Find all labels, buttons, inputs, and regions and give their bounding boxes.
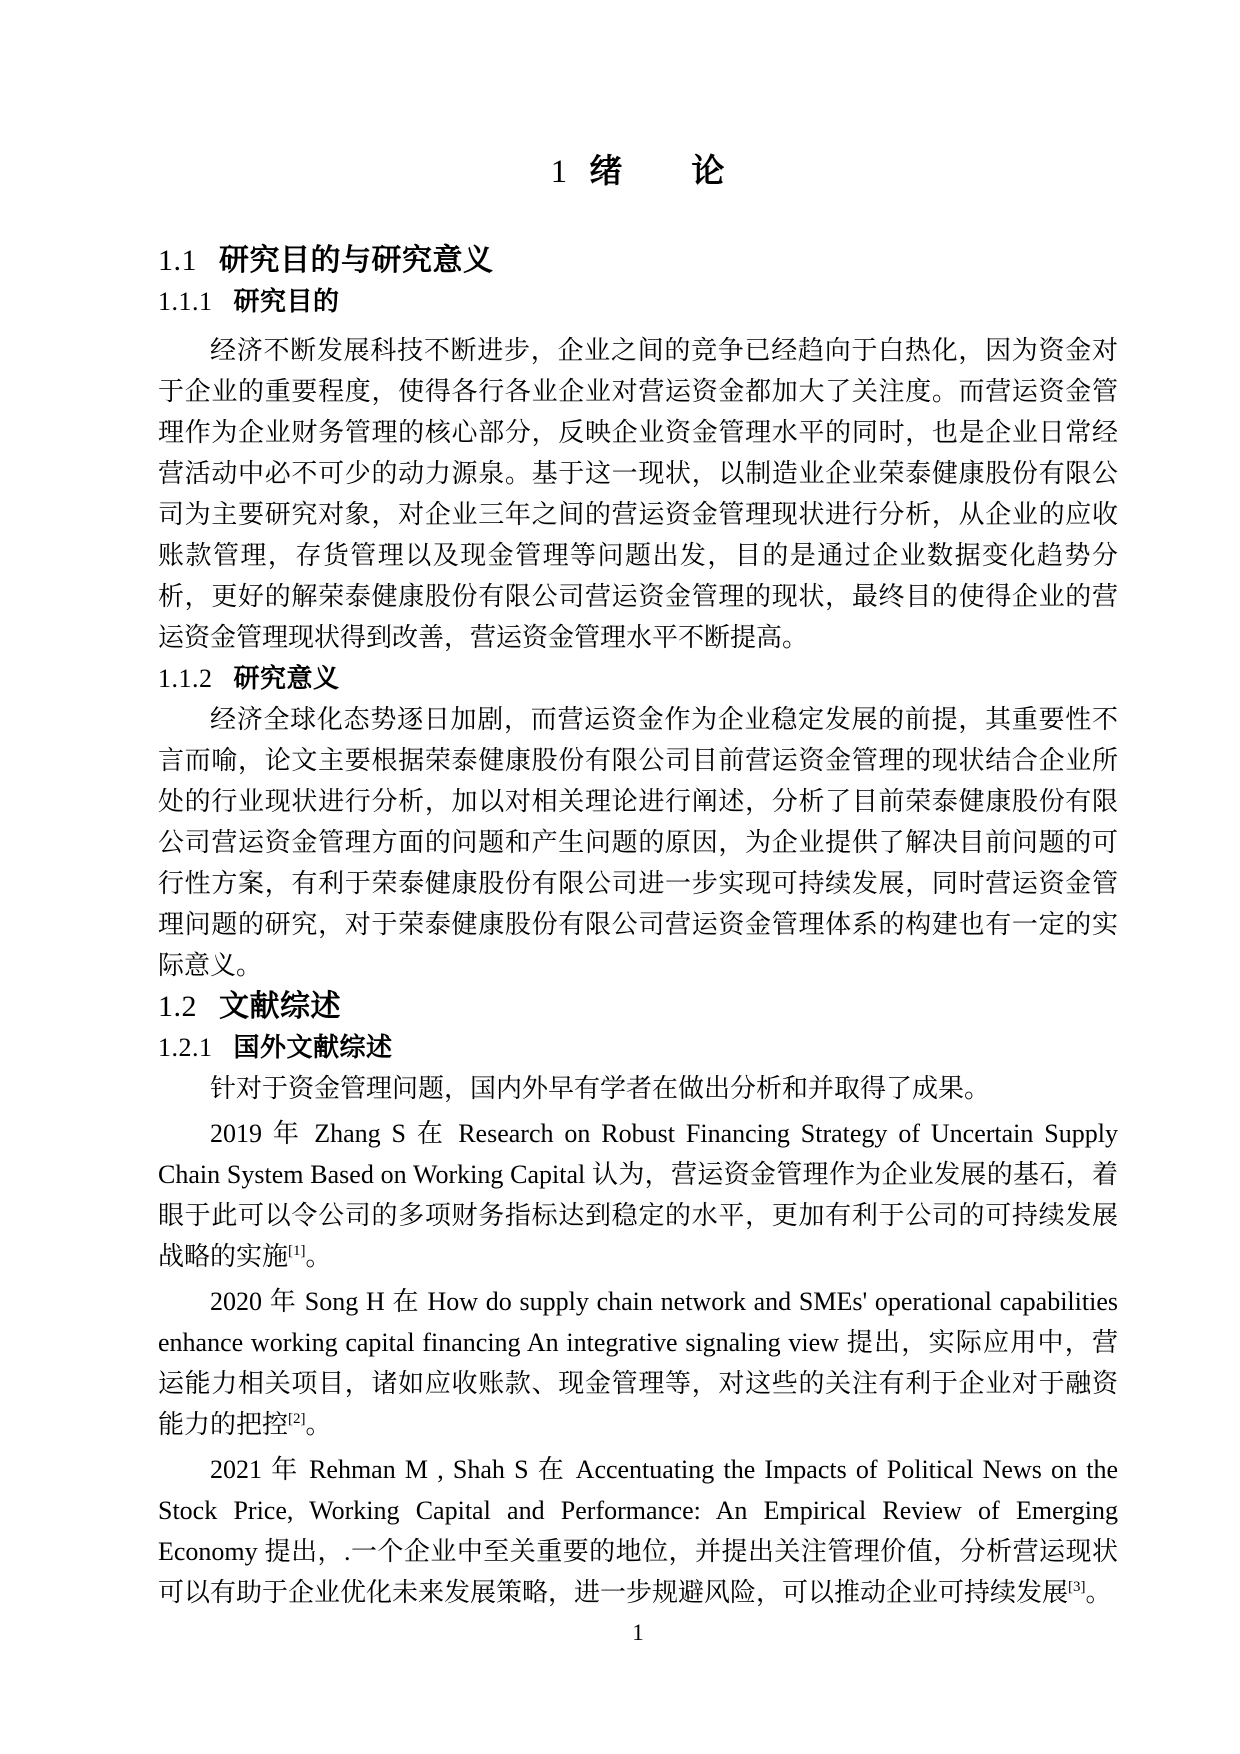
page-number: 1 <box>632 1620 644 1645</box>
page-footer: 1 <box>158 1618 1118 1648</box>
paragraph-text-tail: 。 <box>306 1242 332 1271</box>
paragraph-text-tail: 。 <box>306 1410 332 1439</box>
document-page: 1 绪 论 1.1 研究目的与研究意义 1.1.1 研究目的 经济不断发展科技不… <box>0 0 1240 1754</box>
paragraph-text: 针对于资金管理问题，国内外早有学者在做出分析和并取得了成果。 <box>210 1074 990 1103</box>
citation-marker-1: [1] <box>288 1243 306 1259</box>
paragraph-text: 2021 年 Rehman M , Shah S 在 Accentuating … <box>158 1455 1118 1607</box>
subsection-heading-text: 研究意义 <box>234 663 340 693</box>
subsection-heading-text: 国外文献综述 <box>234 1032 393 1062</box>
section-heading-1-2: 1.2 文献综述 <box>158 986 1118 1027</box>
page-content: 1 绪 论 1.1 研究目的与研究意义 1.1.1 研究目的 经济不断发展科技不… <box>158 148 1118 1613</box>
subsection-number: 1.2.1 <box>158 1033 213 1062</box>
subsection-heading-1-2-1: 1.2.1 国外文献综述 <box>158 1027 1118 1068</box>
subsection-heading-1-1-2: 1.1.2 研究意义 <box>158 658 1118 699</box>
subsection-number: 1.1.2 <box>158 664 213 693</box>
section-number: 1.1 <box>158 244 197 277</box>
section-heading-text: 研究目的与研究意义 <box>219 244 494 277</box>
citation-marker-3: [3] <box>1068 1579 1086 1595</box>
section-heading-1-1: 1.1 研究目的与研究意义 <box>158 240 1118 281</box>
paragraph-text: 经济全球化态势逐日加剧，而营运资金作为企业稳定发展的前提，其重要性不言而喻，论文… <box>158 705 1118 980</box>
section-number: 1.2 <box>158 990 197 1023</box>
paragraph-foreign-literature-intro: 针对于资金管理问题，国内外早有学者在做出分析和并取得了成果。 <box>158 1068 1118 1109</box>
subsection-heading-text: 研究目的 <box>234 286 340 316</box>
subsection-heading-1-1-1: 1.1.1 研究目的 <box>158 281 1118 322</box>
section-heading-text: 文献综述 <box>219 990 341 1023</box>
paragraph-text-tail: 。 <box>1086 1578 1112 1607</box>
paragraph-research-significance: 经济全球化态势逐日加剧，而营运资金作为企业稳定发展的前提，其重要性不言而喻，论文… <box>158 699 1118 986</box>
chapter-title: 1 绪 论 <box>158 148 1118 195</box>
paragraph-research-purpose: 经济不断发展科技不断进步，企业之间的竞争已经趋向于白热化，因为资金对于企业的重要… <box>158 330 1118 658</box>
paragraph-text: 经济不断发展科技不断进步，企业之间的竞争已经趋向于白热化，因为资金对于企业的重要… <box>158 336 1118 652</box>
citation-marker-2: [2] <box>288 1411 306 1427</box>
subsection-number: 1.1.1 <box>158 287 213 316</box>
paragraph-rehman-2021: 2021 年 Rehman M , Shah S 在 Accentuating … <box>158 1449 1118 1613</box>
paragraph-song-2020: 2020 年 Song H 在 How do supply chain netw… <box>158 1281 1118 1445</box>
chapter-title-text: 绪 论 <box>589 152 725 189</box>
chapter-number: 1 <box>551 154 569 190</box>
paragraph-zhang-2019: 2019 年 Zhang S 在 Research on Robust Fina… <box>158 1113 1118 1277</box>
